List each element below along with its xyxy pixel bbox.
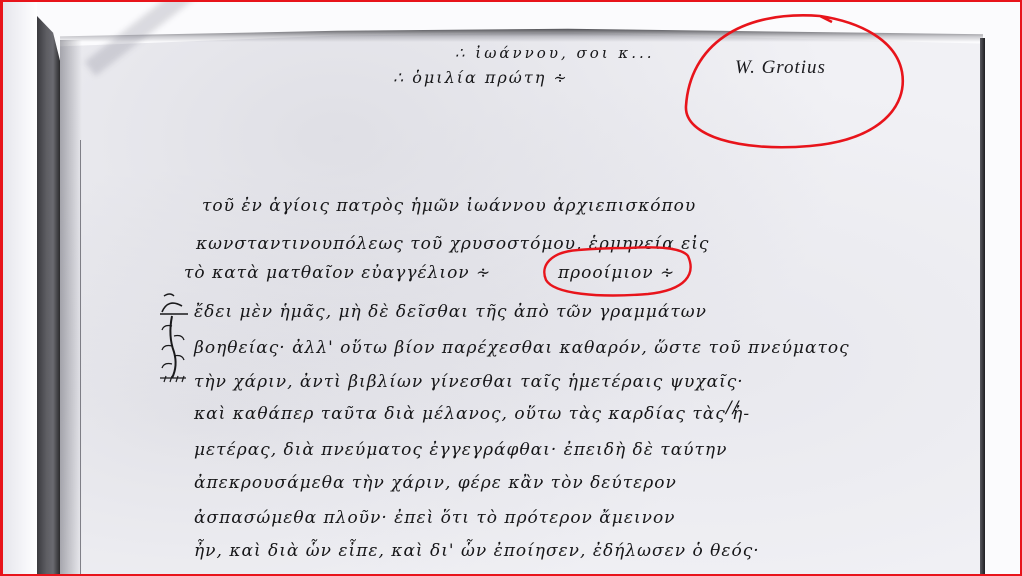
highlighted-word: προοίμιον ∻ [558,263,675,283]
manuscript-line: ἀσπασώμεθα πλοῦν· ἐπεὶ ὅτι τὸ πρότερον ἄ… [194,508,676,528]
manuscript-line: ἀπεκρουσάμεθα τὴν χάριν, φέρε κἂν τὸν δε… [194,473,677,493]
manuscript-heading-homily: ∴ ὁμιλία πρώτη ∻ [393,68,569,87]
book-binding-edge [37,16,60,576]
manuscript-line: τὴν χάριν, ἀντὶ βιβλίων γίνεσθαι ταῖς ἡμ… [194,372,744,392]
page-right-edge [980,38,985,576]
manuscript-line: ἦν, καὶ διὰ ὧν εἶπε, καὶ δι' ὧν ἐποίησεν… [194,541,760,561]
scan-gutter [3,2,37,574]
manuscript-line: τοῦ ἐν ἁγίοις πατρὸς ἡμῶν ἰωάννου ἀρχιεπ… [202,196,696,216]
decorated-initial-icon [156,290,190,386]
manuscript-line: μετέρας, διὰ πνεύματος ἐγγεγράφθαι· ἐπει… [194,440,727,460]
margin-mark: // [726,398,739,418]
manuscript-heading-author: ∴ ἰωάννου, σοι κ... [455,44,655,62]
manuscript-line: ἔδει μὲν ἡμᾶς, μὴ δὲ δεῖσθαι τῆς ἀπὸ τῶν… [194,302,707,322]
manuscript-line: καὶ καθάπερ ταῦτα διὰ μέλανος, οὕτω τὰς … [194,404,750,424]
page-fold-line [80,140,81,576]
manuscript-line: κωνσταντινουπόλεως τοῦ χρυσοστόμου, ἑρμη… [196,234,709,254]
page-left-shadow [60,40,82,576]
manuscript-line: τὸ κατὰ ματθαῖον εὐαγγέλιον ∻ [184,263,491,283]
manuscript-line: βοηθείας· ἀλλ' οὕτω βίον παρέχεσθαι καθα… [194,338,850,358]
marginal-signature: W. Grotius [735,57,826,79]
